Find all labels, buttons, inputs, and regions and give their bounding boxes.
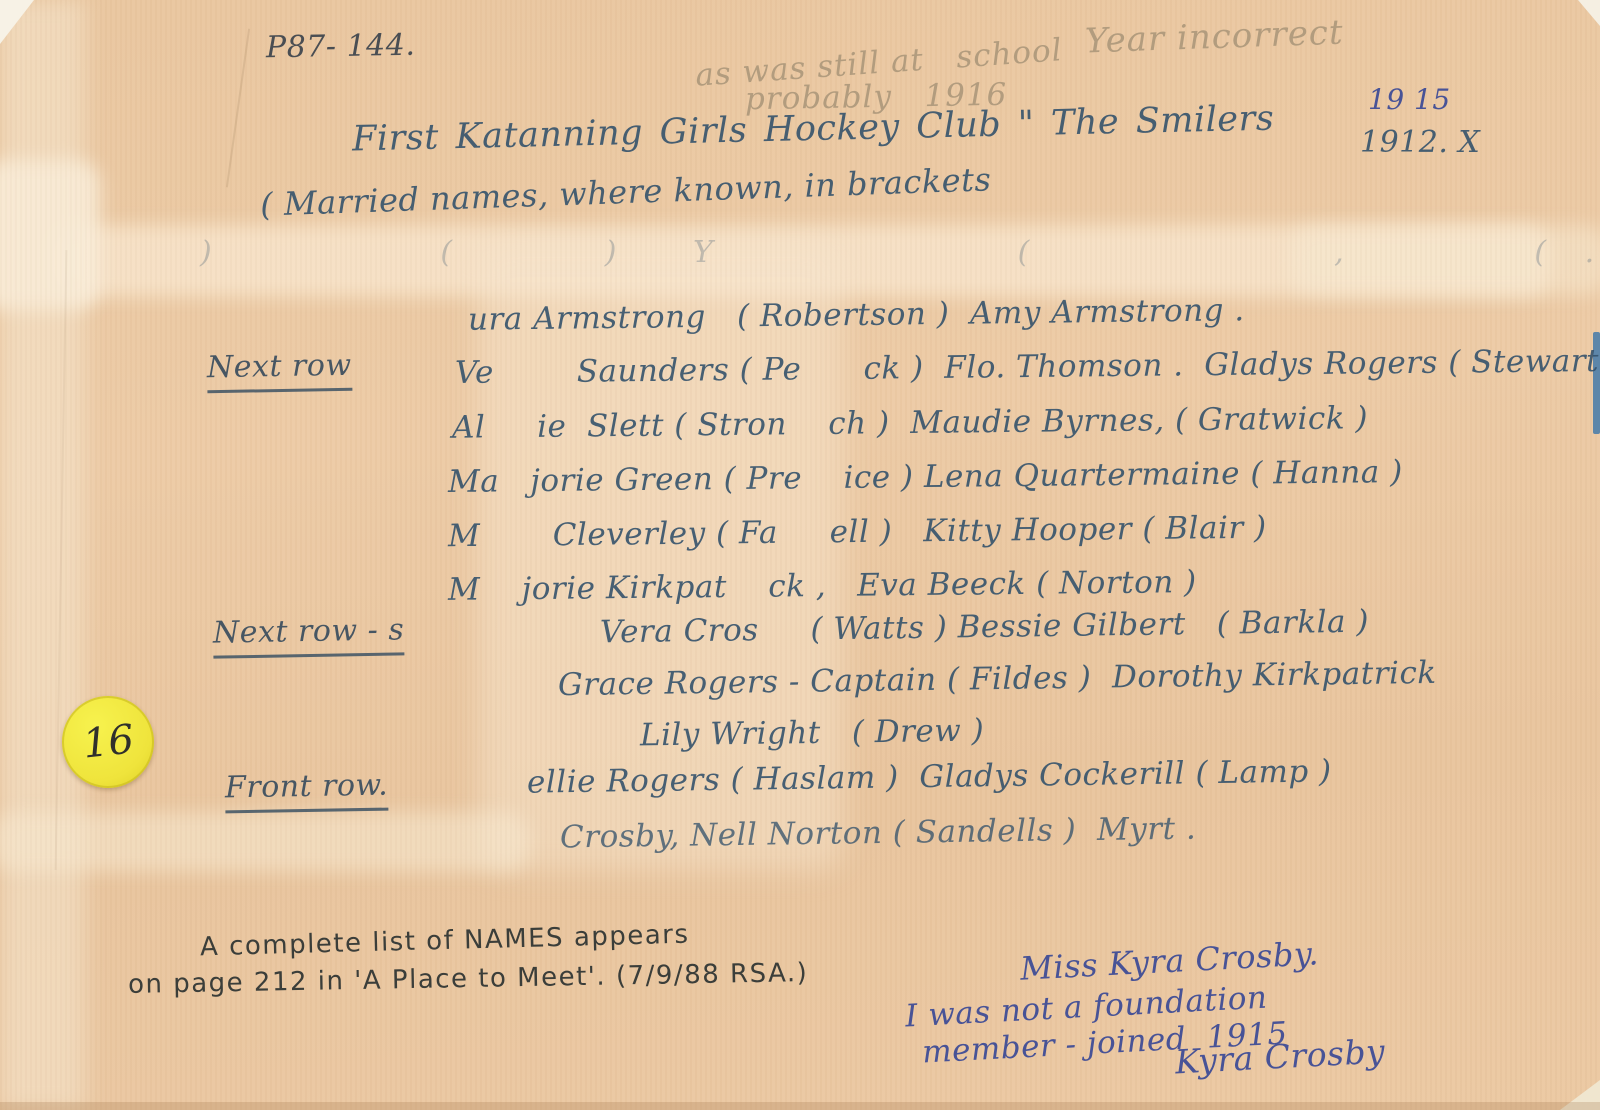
footnote-line2: on page 212 in 'A Place to Meet'. (7/9/8… — [128, 960, 809, 998]
row-label-next-row: Next row — [207, 351, 352, 384]
pencil-note-year-incorrect: Year incorrect — [1084, 15, 1344, 58]
row-line: M Cleverley ( Fa ell ) Kitty Hooper ( Bl… — [448, 513, 1267, 553]
faded-illegible-line: ) ( ) Y ( , ( . ) — [200, 238, 1600, 268]
signature-name: Miss Kyra Crosby. — [1019, 937, 1319, 985]
row-line: ellie Rogers ( Haslam ) Gladys Cockerill… — [527, 756, 1332, 798]
row-top-names: ura Armstrong ( Robertson ) Amy Armstron… — [468, 295, 1245, 335]
title-year-1912: 1912. X — [1360, 128, 1480, 158]
left-edge-fade — [0, 0, 85, 1110]
catalog-number: P87- 144. — [266, 31, 416, 64]
bottom-edge-shadow — [0, 1102, 1600, 1110]
signature-autograph: Kyra Crosby — [1174, 1035, 1386, 1079]
row-line: Lily Wright ( Drew ) — [640, 716, 985, 752]
row-line: Al ie Slett ( Stron ch ) Maudie Byrnes, … — [452, 403, 1368, 444]
faded-band-lower — [0, 812, 530, 872]
subtitle-married-names: ( Married names, where known, in bracket… — [260, 163, 992, 221]
row-line: M jorie Kirkpat ck , Eva Beeck ( Norton … — [448, 567, 1197, 606]
row-line: Crosby, Nell Norton ( Sandells ) Myrt . — [560, 814, 1197, 854]
row-label-front-row: Front row. — [225, 771, 389, 804]
ink-year-1915: 19 15 — [1368, 86, 1451, 114]
row-line: Ve Saunders ( Pe ck ) Flo. Thomson . Gla… — [455, 346, 1599, 389]
row-line: Ma jorie Green ( Pre ice ) Lena Quarterm… — [448, 457, 1403, 498]
number-sticker: 16 — [62, 696, 154, 788]
corner-wear-tl — [0, 0, 34, 44]
sticker-number: 16 — [80, 716, 135, 767]
corner-wear-tr — [1578, 0, 1600, 26]
row-label-next-row-sitting: Next row - s — [213, 615, 405, 648]
row-line: Vera Cros ( Watts ) Bessie Gilbert ( Bar… — [600, 607, 1369, 649]
row-line: Grace Rogers - Captain ( Fildes ) Doroth… — [558, 658, 1437, 701]
photo-card-back: P87- 144. as was still at school Year in… — [0, 0, 1600, 1110]
footnote-line1: A complete list of NAMES appears — [200, 922, 690, 961]
crease-mark — [226, 29, 250, 188]
photo-title: First Katanning Girls Hockey Club " The … — [352, 102, 1275, 158]
